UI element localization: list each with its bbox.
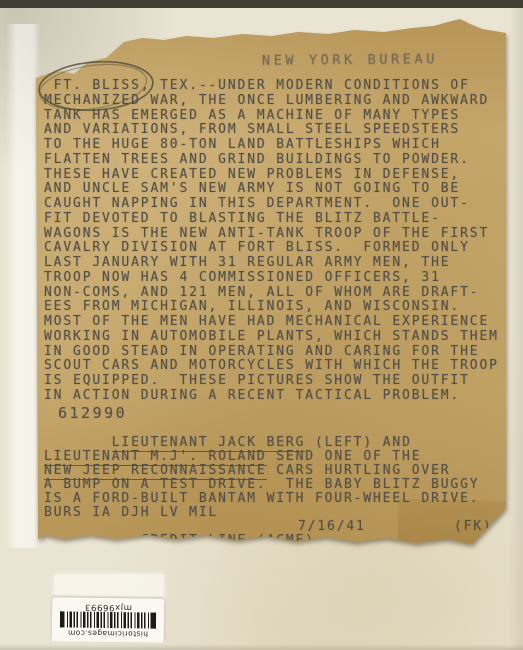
photographer-initials: (FK) [454, 520, 493, 534]
caption-text: CARS HURTLING OVER [267, 463, 451, 478]
caption-line: LIEUTENANT JACK BERG (LEFT) AND [44, 436, 502, 450]
caption-line: LIEUTENANT M.J'. ROLAND SEND ONE OF THE [44, 450, 502, 464]
photo-caption-block: LIEUTENANT JACK BERG (LEFT) AND LIEUTENA… [44, 436, 502, 534]
caption-line: A BUMP ON A TEST DRIVE. THE BABY BLITZ B… [44, 478, 502, 492]
credit-line: CREDIT LINE (ACME) [141, 533, 315, 548]
bureau-stamp: NEW YORK BUREAU [262, 51, 438, 69]
slug-line: BURS IA DJH LV MIL [44, 506, 502, 520]
photo-back-scan: NEW YORK BUREAU FT. BLISS, TEX.--UNDER M… [0, 0, 523, 650]
barcode-site-text: historicimages.com [68, 629, 149, 638]
date-stamp: 7/16/41 [298, 520, 366, 534]
pen-circle-annotation-icon [32, 54, 164, 116]
caption-indent [44, 435, 112, 450]
caption-body-text: FT. BLISS, TEX.--UNDER MODERN CONDITIONS… [44, 79, 502, 404]
caption-text: SEND ONE OF THE [267, 449, 422, 464]
caption-text: (LEFT) AND [305, 435, 411, 450]
caption-line: NEW JEEP RECONNAISSANCE CARS HURTLING OV… [44, 464, 502, 478]
barcode-icon [60, 612, 156, 629]
credit-row: CREDIT LINE (ACME) 7/16/41 (FK) [44, 520, 502, 534]
barcode-id-text: mjx96993 [84, 602, 132, 612]
barcode-sticker: historicimages.com mjx96993 [52, 597, 165, 643]
scan-edge-top [0, 0, 523, 8]
caption-line: IS A FORD-BUILT BANTAM WITH FOUR-WHEEL D… [44, 492, 502, 506]
photo-serial-number: 612990 [58, 404, 127, 422]
